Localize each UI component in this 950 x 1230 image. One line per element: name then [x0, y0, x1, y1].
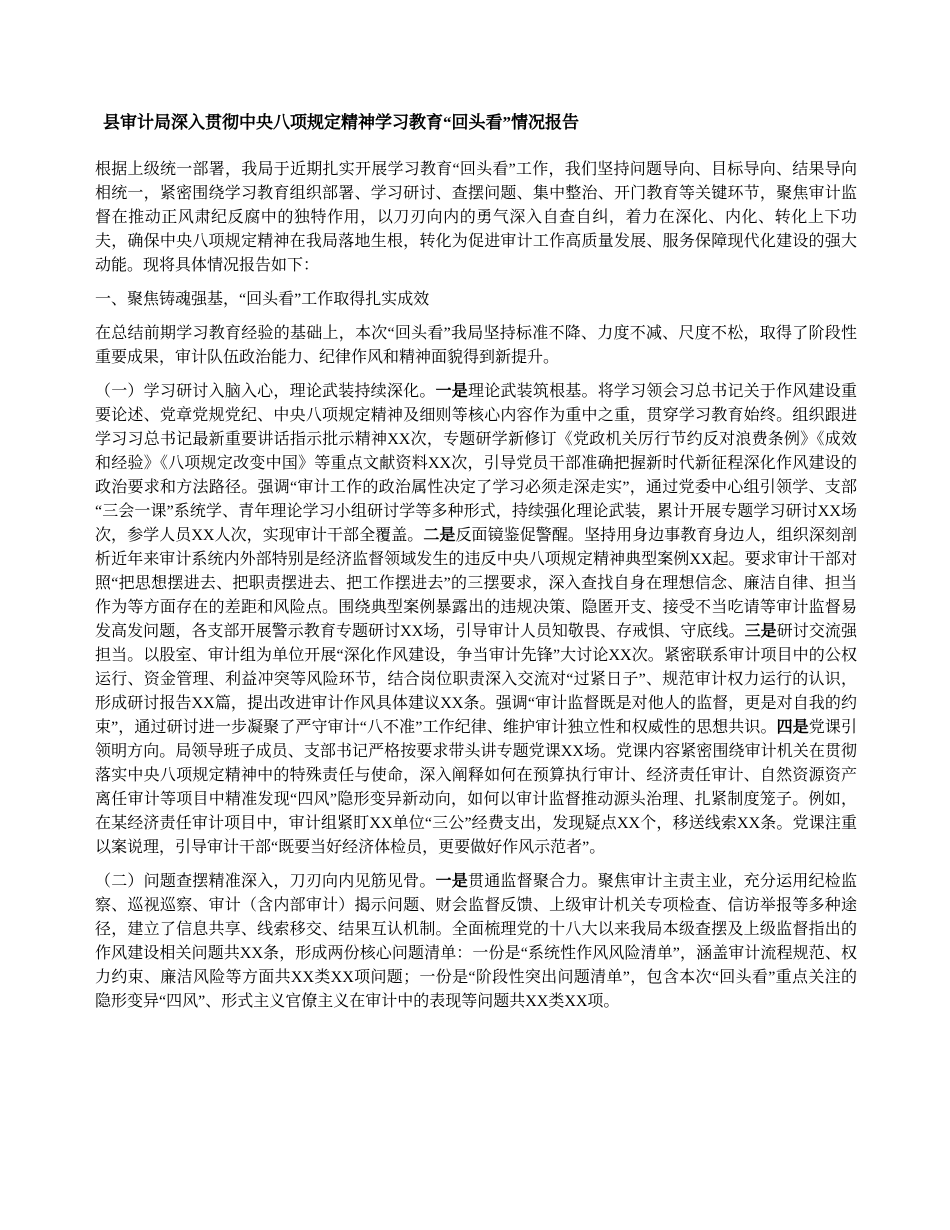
run-emphasis: 四是 — [777, 719, 809, 736]
run-text: 贯通监督聚合力。聚焦审计主责主业，充分运用纪检监察、巡视巡察、审计（含内部审计）… — [95, 873, 857, 1010]
run-text: 党课引领明方向。局领导班子成员、支部书记严格按要求带头讲专题党课XX场。党课内容… — [95, 719, 857, 856]
document-page: 县审计局深入贯彻中央八项规定精神学习教育“回头看”情况报告 根据上级统一部署，我… — [0, 0, 950, 1230]
run-text: （二）问题查摆精准深入，刀刃向内见筋见骨。 — [95, 873, 436, 890]
run-emphasis: 二是 — [423, 527, 455, 544]
run-text: 理论武装筑根基。将学习领会习总书记关于作风建设重要论述、党章党规党纪、中央八项规… — [95, 383, 857, 544]
section-1-subitem-2-paragraph: （二）问题查摆精准深入，刀刃向内见筋见骨。一是贯通监督聚合力。聚焦审计主责主业，… — [95, 870, 857, 1014]
section-1-heading: 一、聚焦铸魂强基，“回头看”工作取得扎实成效 — [95, 288, 857, 312]
run-text: （一）学习研讨入脑入心，理论武装持续深化。 — [95, 383, 436, 400]
section-1-lead-paragraph: 在总结前期学习教育经验的基础上，本次“回头看”我局坚持标准不降、力度不减、尺度不… — [95, 322, 857, 370]
document-title: 县审计局深入贯彻中央八项规定精神学习教育“回头看”情况报告 — [103, 112, 857, 134]
section-1-subitem-1-paragraph: （一）学习研讨入脑入心，理论武装持续深化。一是理论武装筑根基。将学习领会习总书记… — [95, 380, 857, 860]
run-emphasis: 一是 — [436, 383, 468, 400]
run-emphasis: 三是 — [745, 623, 777, 640]
intro-paragraph: 根据上级统一部署，我局于近期扎实开展学习教育“回头看”工作，我们坚持问题导向、目… — [95, 158, 857, 278]
run-emphasis: 一是 — [436, 873, 468, 890]
